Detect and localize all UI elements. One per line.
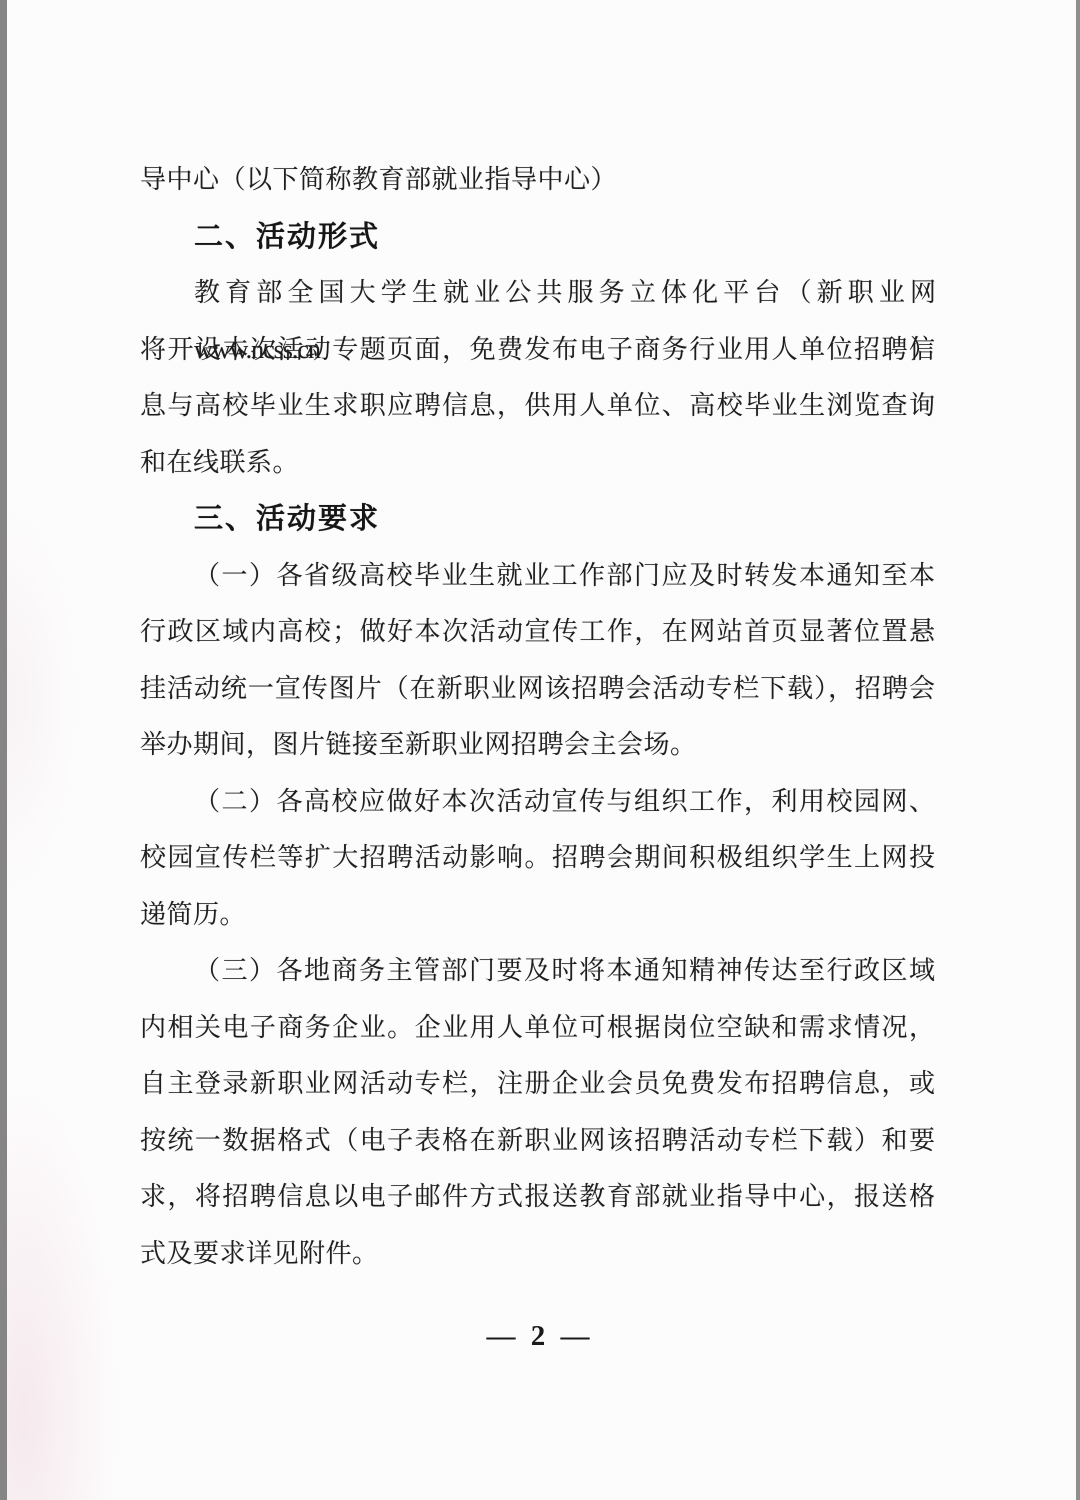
text-line-item3: 自主登录新职业网活动专栏，注册企业会员免费发布招聘信息，或 — [140, 1056, 935, 1113]
text-line: 和在线联系。 — [140, 435, 935, 492]
text-line-continuation: 导中心（以下简称教育部就业指导中心） — [140, 152, 935, 209]
document-page-content: 导中心（以下简称教育部就业指导中心） 二、活动形式 教育部全国大学生就业公共服务… — [140, 152, 935, 1282]
scan-noise-artifact — [0, 1080, 120, 1500]
text-line-item3: 内相关电子商务企业。企业用人单位可根据岗位空缺和需求情况， — [140, 1000, 935, 1057]
text-line-item2: （二）各高校应做好本次活动宣传与组织工作，利用校园网、 — [140, 774, 935, 831]
text-line-item1: 挂活动统一宣传图片（在新职业网该招聘会活动专栏下载），招聘会 — [140, 661, 935, 718]
text-line-item2: 递简历。 — [140, 887, 935, 944]
text-line: 教育部全国大学生就业公共服务立体化平台（新职业网 www.ncss.cn） — [140, 265, 935, 322]
page-number: — 2 — — [0, 1308, 1080, 1365]
text-line-item1: 行政区域内高校；做好本次活动宣传工作，在网站首页显著位置悬 — [140, 604, 935, 661]
text-line: 将开设本次活动专题页面，免费发布电子商务行业用人单位招聘信 — [140, 322, 935, 379]
text-line-item1: 举办期间，图片链接至新职业网招聘会主会场。 — [140, 717, 935, 774]
text-line-item3: （三）各地商务主管部门要及时将本通知精神传达至行政区域 — [140, 943, 935, 1000]
text-line-item3: 按统一数据格式（电子表格在新职业网该招聘活动专栏下载）和要 — [140, 1113, 935, 1170]
text-line-item1: （一）各省级高校毕业生就业工作部门应及时转发本通知至本 — [140, 548, 935, 605]
scan-edge-right — [1076, 0, 1080, 1500]
section-heading-activity-format: 二、活动形式 — [140, 209, 935, 266]
text-line-item2: 校园宣传栏等扩大招聘活动影响。招聘会期间积极组织学生上网投 — [140, 830, 935, 887]
text-line-item3: 式及要求详见附件。 — [140, 1226, 935, 1283]
scan-noise-artifact — [0, 500, 80, 900]
section-heading-activity-requirements: 三、活动要求 — [140, 491, 935, 548]
text-line: 息与高校毕业生求职应聘信息，供用人单位、高校毕业生浏览查询 — [140, 378, 935, 435]
text-line-item3: 求，将招聘信息以电子邮件方式报送教育部就业指导中心，报送格 — [140, 1169, 935, 1226]
scan-edge-left — [0, 0, 7, 1500]
